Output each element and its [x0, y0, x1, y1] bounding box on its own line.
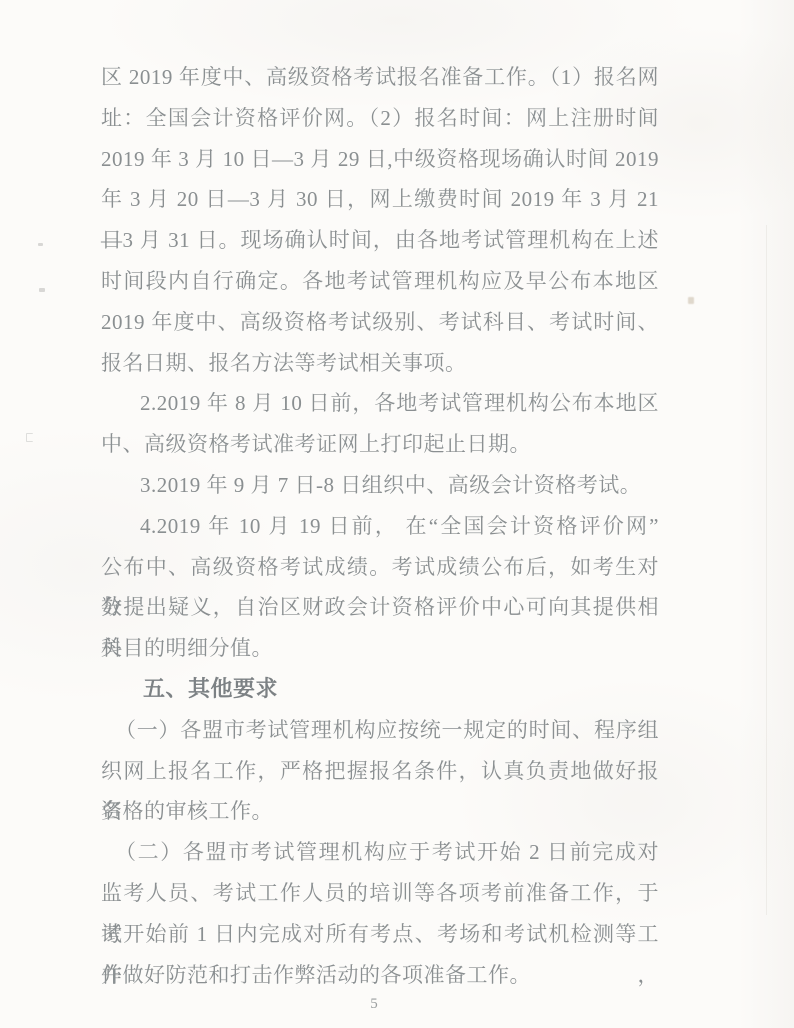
- text-line: （一）各盟市考试管理机构应按统一规定的时间、程序组: [101, 710, 659, 751]
- scanned-document-page: 区 2019 年度中、高级资格考试报名准备工作。（1）报名网址：全国会计资格评价…: [0, 0, 794, 1028]
- scan-artifact-speck: [39, 288, 45, 292]
- text-line: 2.2019 年 8 月 10 日前，各地考试管理机构公布本地区: [101, 383, 659, 424]
- text-line: 4.2019 年 10 月 19 日前， 在“全国会计资格评价网”: [101, 506, 659, 547]
- text-line: 3.2019 年 9 月 7 日-8 日组织中、高级会计资格考试。: [101, 465, 659, 506]
- page-number: 5: [364, 996, 384, 1013]
- scan-artifact-vertical-line: [766, 225, 767, 915]
- text-line: （二）各盟市考试管理机构应于考试开始 2 日前完成对: [101, 832, 659, 873]
- scan-artifact-speck: [38, 243, 43, 246]
- text-line: 区 2019 年度中、高级资格考试报名准备工作。（1）报名网: [101, 57, 659, 98]
- text-line: 科目的明细分值。: [101, 628, 659, 669]
- text-line: 织网上报名工作，严格把握报名条件，认真负责地做好报名: [101, 751, 659, 792]
- text-line: 监考人员、考试工作人员的培训等各项考前准备工作，于考: [101, 873, 659, 914]
- text-line: 年 3 月 20 日—3 月 30 日，网上缴费时间 2019 年 3 月 21…: [101, 179, 659, 220]
- text-line: 试开始前 1 日内完成对所有考点、考场和考试机检测等工作，: [101, 914, 659, 955]
- text-line: 公布中、高级资格考试成绩。考试成绩公布后，如考生对分: [101, 547, 659, 588]
- text-line: 址：全国会计资格评价网。（2）报名时间：网上注册时间: [101, 98, 659, 139]
- text-line: 报名日期、报名方法等考试相关事项。: [101, 343, 659, 384]
- document-body: 区 2019 年度中、高级资格考试报名准备工作。（1）报名网址：全国会计资格评价…: [101, 57, 659, 995]
- scan-artifact-speck: [26, 433, 33, 442]
- section-heading: 五、其他要求: [101, 669, 659, 710]
- text-line: 资格的审核工作。: [101, 791, 659, 832]
- scan-artifact-speck: [688, 297, 694, 304]
- text-line: 2019 年 3 月 10 日—3 月 29 日,中级资格现场确认时间 2019: [101, 139, 659, 180]
- text-line: 2019 年度中、高级资格考试级别、考试科目、考试时间、: [101, 302, 659, 343]
- text-line: —3 月 31 日。现场确认时间，由各地考试管理机构在上述: [101, 220, 659, 261]
- text-line: 中、高级资格考试准考证网上打印起止日期。: [101, 424, 659, 465]
- text-line: 数提出疑义，自治区财政会计资格评价中心可向其提供相关: [101, 587, 659, 628]
- text-line: 时间段内自行确定。各地考试管理机构应及早公布本地区: [101, 261, 659, 302]
